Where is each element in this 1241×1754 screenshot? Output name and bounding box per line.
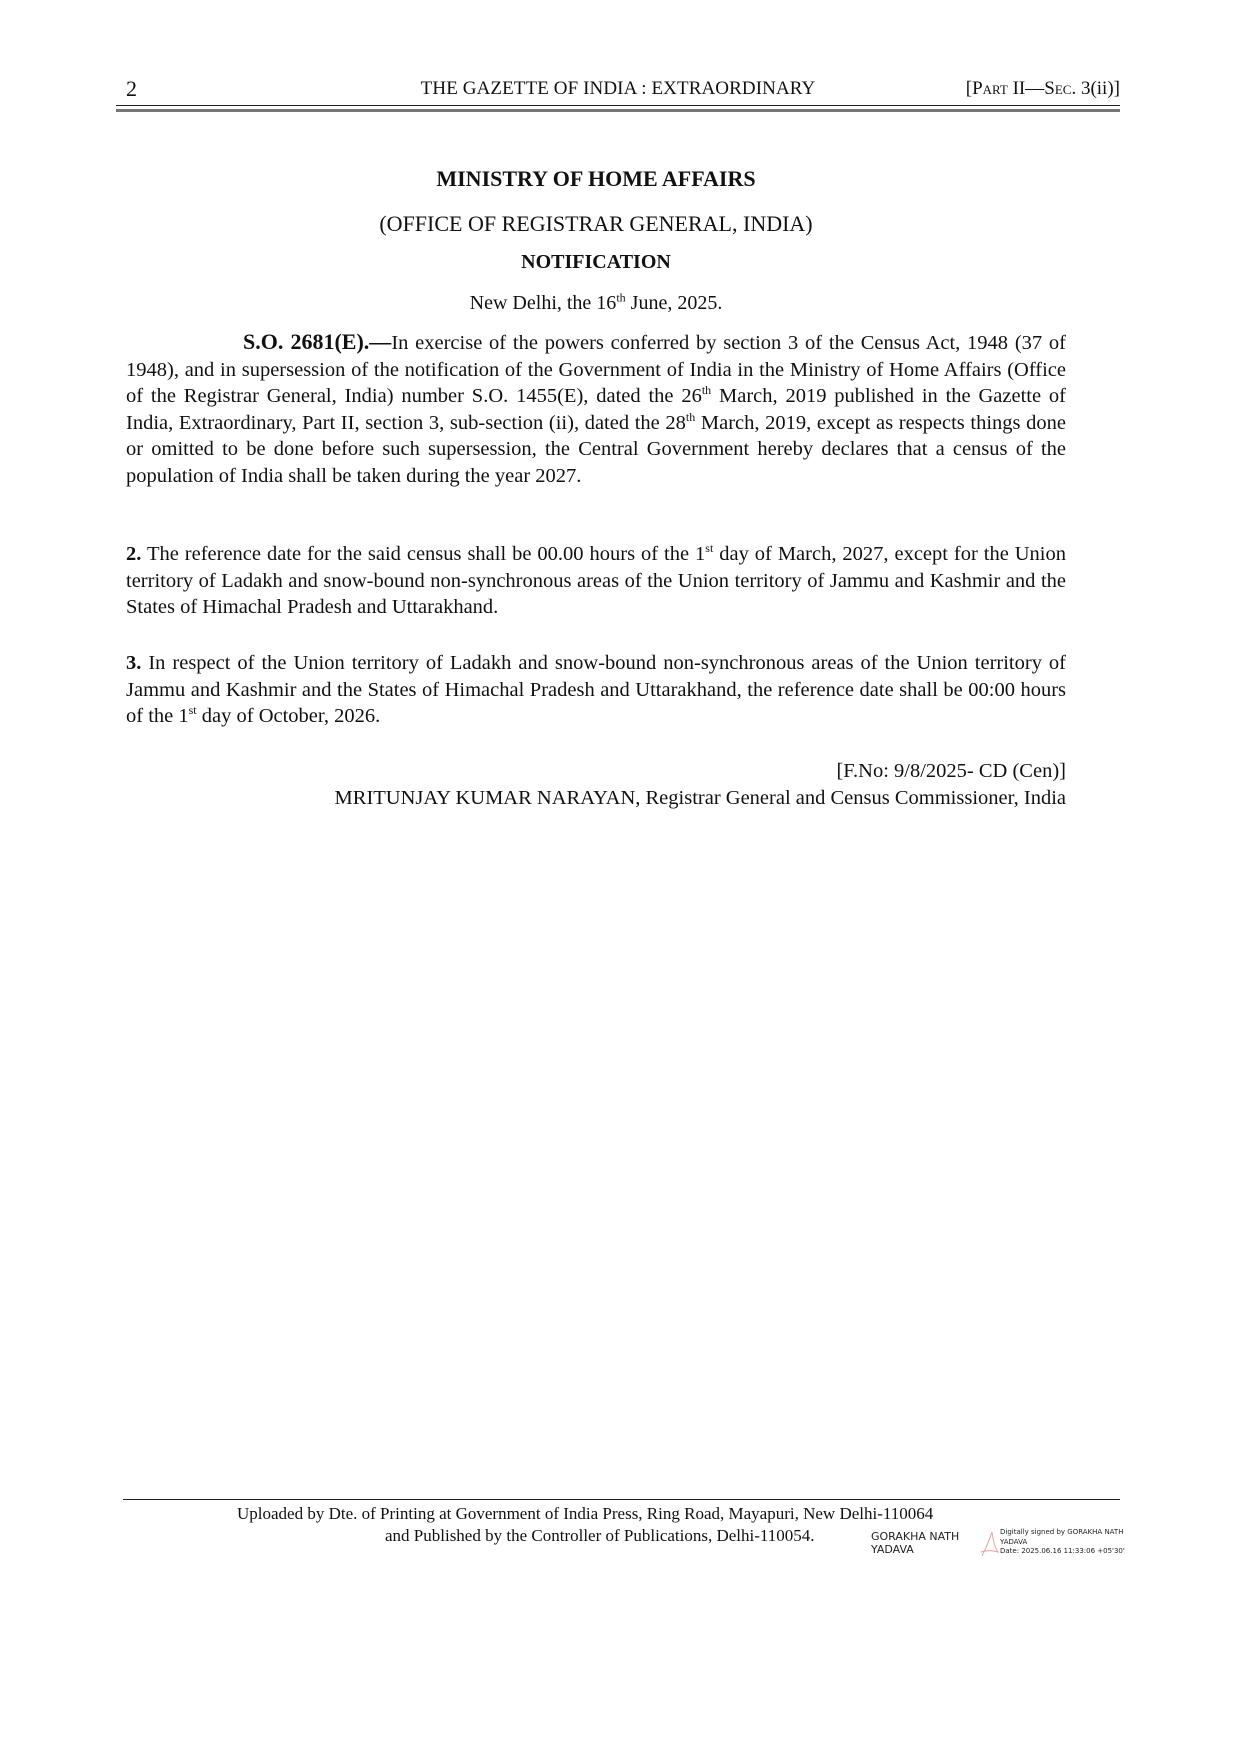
header-rule-thin — [116, 105, 1120, 106]
notification-heading: NOTIFICATION — [126, 251, 1066, 274]
signature-date: Date: 2025.06.16 11:33:06 +05'30' — [1000, 1547, 1125, 1557]
signature-meta-line1: Digitally signed by GORAKHA NATH — [1000, 1528, 1125, 1538]
paragraph-2: 2. The reference date for the said censu… — [126, 541, 1066, 621]
notification-date: New Delhi, the 16th June, 2025. — [126, 292, 1066, 315]
gazette-page-header: 2 THE GAZETTE OF INDIA : EXTRAORDINARY [… — [116, 76, 1120, 112]
para1-ordinal-1: th — [702, 383, 711, 397]
paragraph-3: 3. In respect of the Union territory of … — [126, 650, 1066, 730]
para3-ordinal: st — [189, 703, 197, 717]
date-text: New Delhi, the 16 — [470, 292, 617, 314]
file-number: [F.No: 9/8/2025- CD (Cen)] — [836, 760, 1066, 783]
signer-name-line1: GORAKHA NATH — [871, 1530, 959, 1543]
ministry-heading: MINISTRY OF HOME AFFAIRS — [126, 166, 1066, 192]
office-heading: (OFFICE OF REGISTRAR GENERAL, INDIA) — [126, 211, 1066, 237]
date-text-end: June, 2025. — [626, 292, 723, 314]
section-label: Sec — [1044, 78, 1071, 99]
part-number: II— — [1008, 78, 1044, 99]
footer-rule — [123, 1499, 1120, 1500]
digital-signature-details: Digitally signed by GORAKHA NATH YADAVA … — [1000, 1528, 1125, 1557]
signature-meta-line2: YADAVA — [1000, 1538, 1125, 1548]
signatory: MRITUNJAY KUMAR NARAYAN, Registrar Gener… — [335, 787, 1066, 810]
paragraph-1: S.O. 2681(E).—In exercise of the powers … — [126, 329, 1066, 489]
so-number: S.O. 2681(E).— — [243, 329, 391, 354]
para3-text-b: day of October, 2026. — [197, 705, 381, 727]
header-rule-thick — [116, 109, 1120, 112]
para2-number: 2. — [126, 543, 141, 565]
signature-mark-icon — [978, 1530, 1000, 1558]
para2-text-a: The reference date for the said census s… — [141, 543, 705, 565]
digital-signature-name: GORAKHA NATH YADAVA — [871, 1530, 959, 1556]
section-number: . 3(ii)] — [1071, 78, 1120, 99]
signer-name-line2: YADAVA — [871, 1543, 959, 1556]
footer-published-by: and Published by the Controller of Publi… — [385, 1526, 815, 1546]
para1-ordinal-2: th — [686, 410, 695, 424]
para3-number: 3. — [126, 652, 141, 674]
part-label: Part — [972, 78, 1008, 99]
footer-uploaded-by: Uploaded by Dte. of Printing at Governme… — [237, 1504, 933, 1524]
date-ordinal: th — [616, 290, 625, 304]
part-section-label: [Part II—Sec. 3(ii)] — [966, 78, 1120, 100]
